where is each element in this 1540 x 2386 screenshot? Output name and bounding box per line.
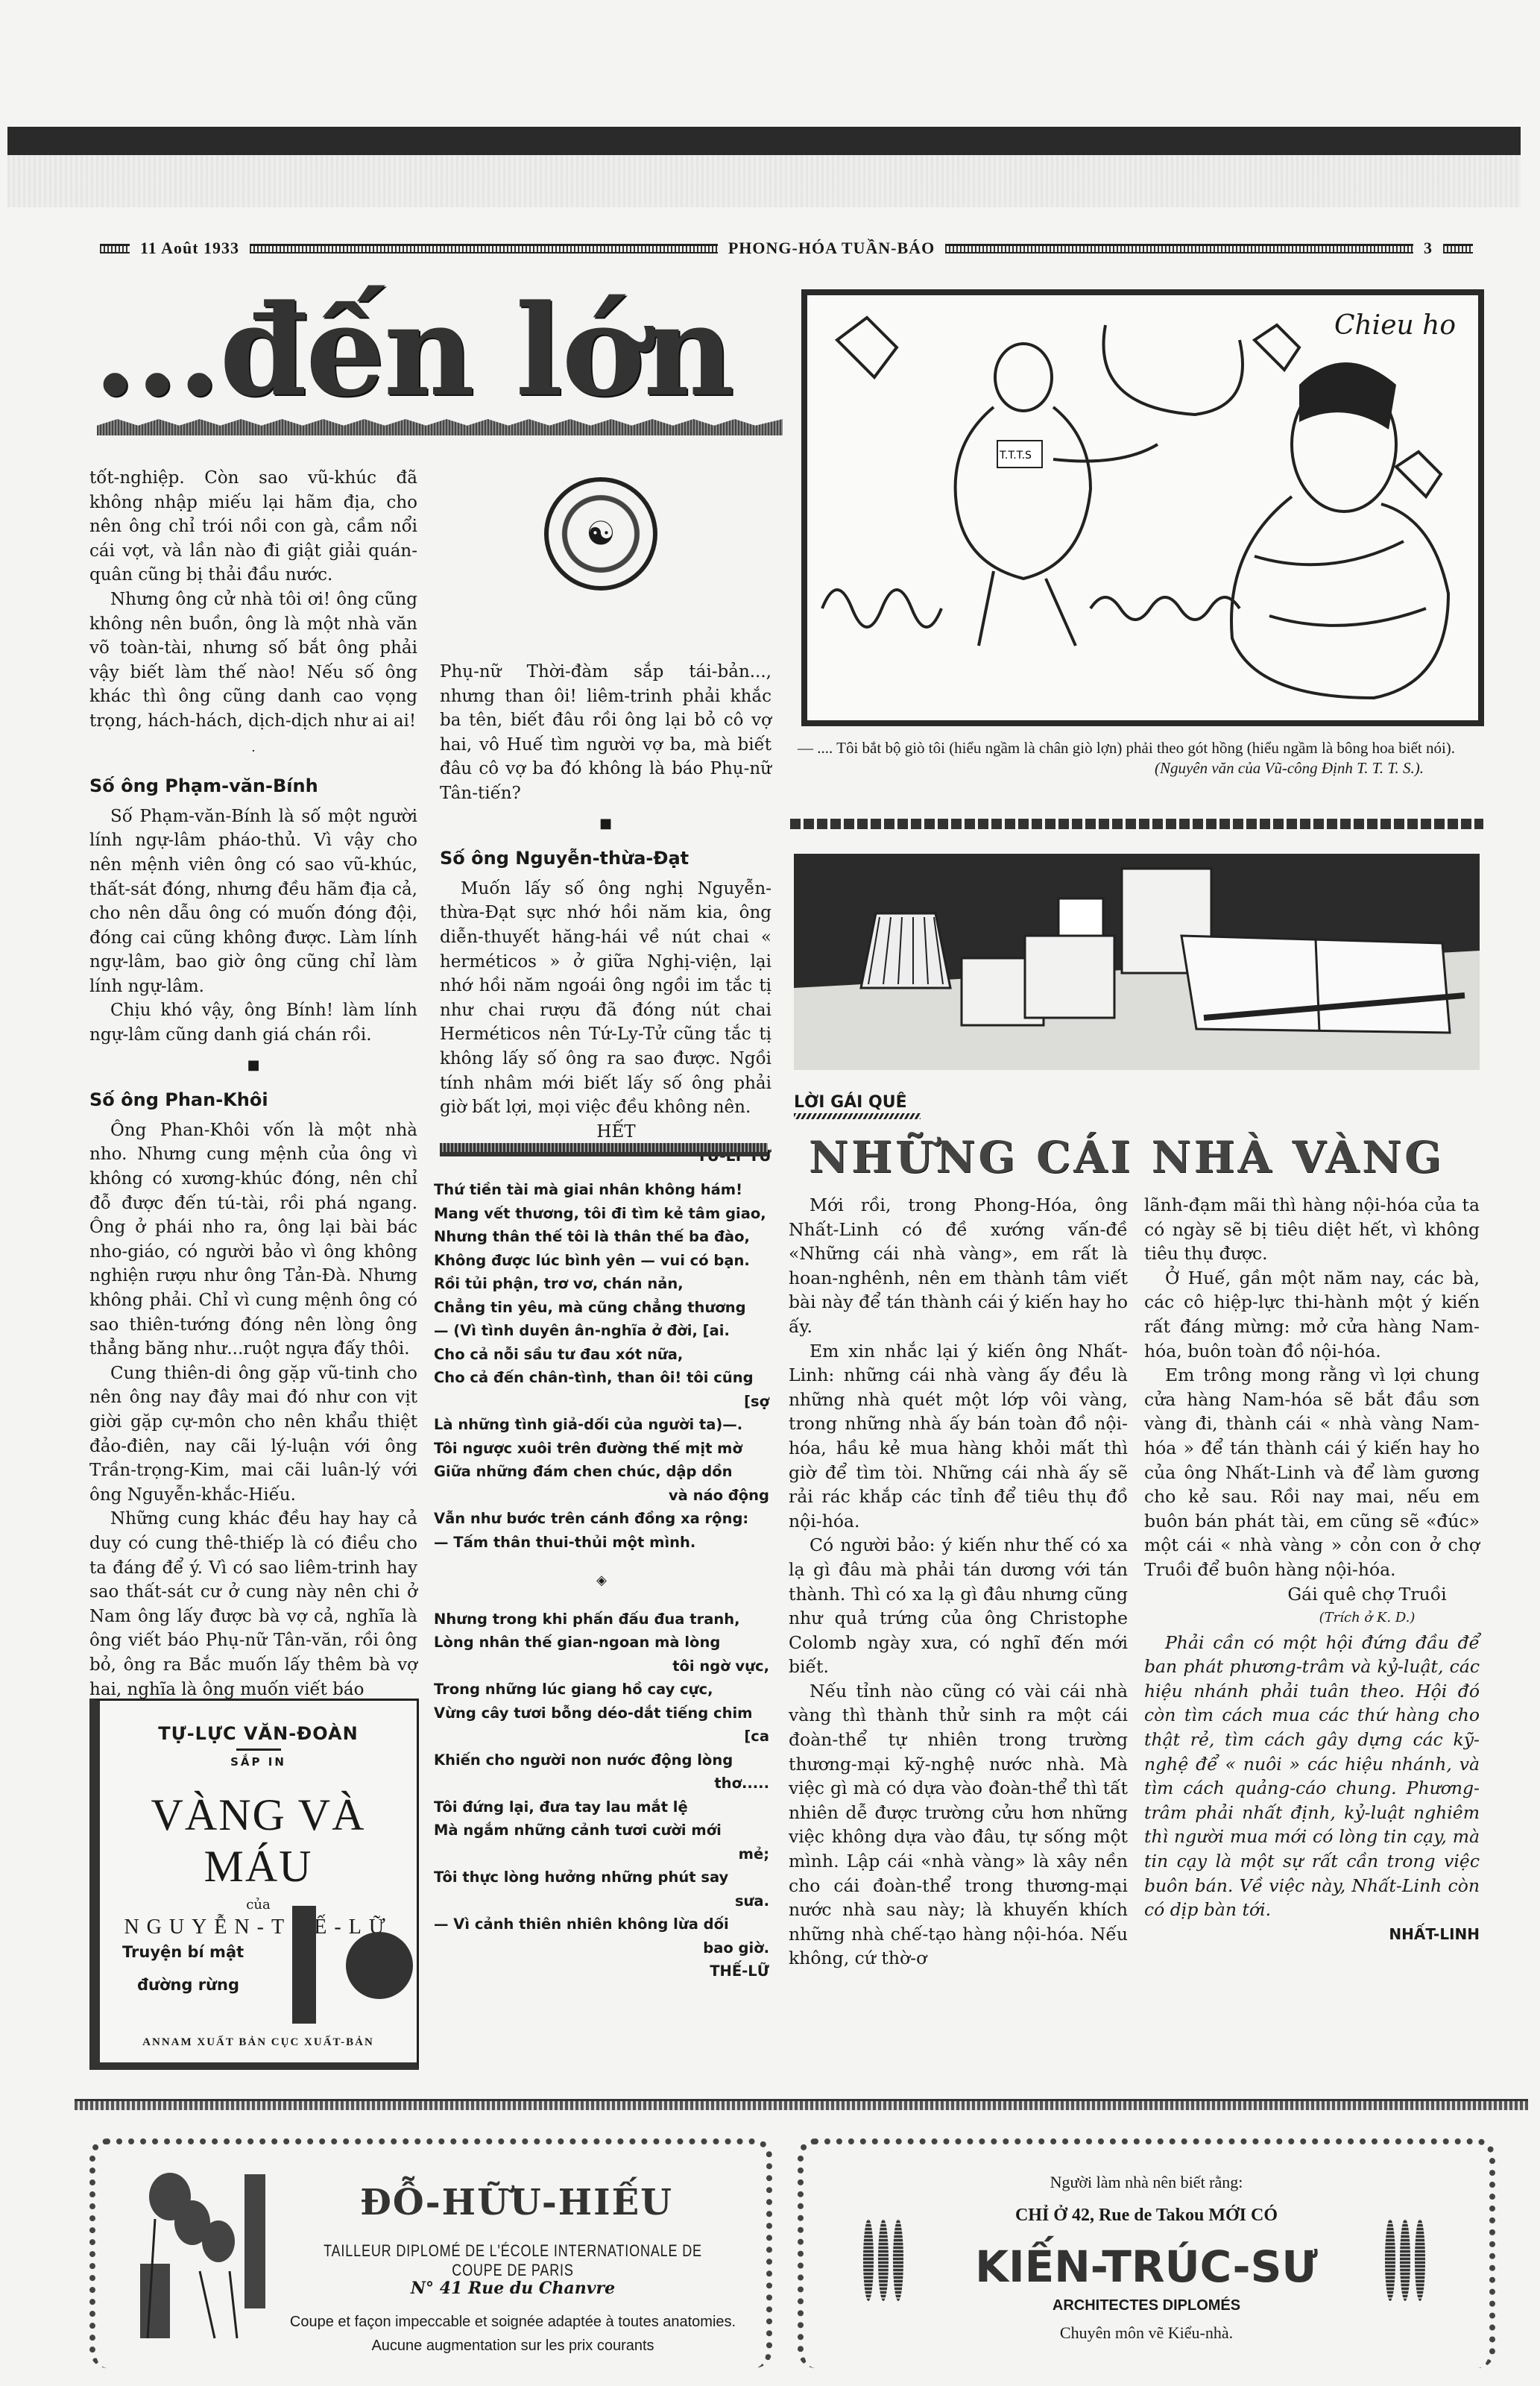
poem-line: — Vì cảnh thiên nhiên không lừa dối [434,1913,769,1936]
poem-line: Khiến cho người non nước động lòng [434,1748,769,1772]
paragraph: Ông Phan-Khôi vốn là một nhà nho. Nhưng … [89,1118,417,1362]
publisher-footer: ANNAM XUẤT BẢN CỤC XUẤT-BẢN [100,2036,417,2049]
tailor-figures-icon [125,2167,274,2346]
poem-divider [440,1143,768,1156]
article-column-2: Phụ-nữ Thời-đàm sắp tái-bản..., nhưng th… [440,660,771,1168]
dotted-divider [790,819,1483,829]
architect-name: KIẾN-TRÚC-SƯ [804,2241,1489,2292]
page-header: 11 Août 1933 PHONG-HÓA TUẦN-BÁO 3 [89,237,1483,259]
poem-line: [sợ [434,1390,769,1414]
poem-line: và náo động [434,1484,769,1508]
poem-line: — Tấm thân thui-thủi một mình. [434,1531,769,1555]
section-heading: Số ông Phạm-văn-Bính [89,774,417,799]
poem-line: Tôi thực lòng hưởng những phút say [434,1866,769,1889]
page-number: 3 [1424,239,1433,258]
paragraph: Mới rồi, trong Phong-Hóa, ông Nhất-Linh … [789,1193,1128,1339]
poem-line: Rồi tủi phận, trơ vơ, chán nản, [434,1272,769,1296]
square-ornament-icon: ■ [89,1054,417,1078]
poem-line: Cho cả nỗi sầu tư đau xót nữa, [434,1343,769,1367]
poem-line: [ca [434,1725,769,1748]
cartoon-illustration: T.T.T.S Chieu ho [801,289,1484,726]
artist-signature: Chieu ho [1334,310,1456,341]
source: (Trích ở K. D.) [1144,1606,1480,1631]
paragraph: Muốn lấy số ông nghị Nguyễn-thừa-Đạt sực… [440,877,771,1120]
poem-line: Chẳng tin yêu, mà cũng chẳng thương [434,1296,769,1320]
paragraph: Cung thiên-di ông gặp vũ-tinh cho nên ôn… [89,1362,417,1508]
poem-line: Tôi ngược xuôi trên đường thế mịt mờ [434,1437,769,1461]
poem-line: sưa. [434,1889,769,1913]
poem-line: Là những tình giả-dối của người ta)—. [434,1413,769,1437]
genre: Truyện bí mật đường rừng [122,1936,244,2001]
tailor-name: ĐỖ-HỮU-HIẾU [315,2182,718,2223]
paragraph: Em trông mong rằng vì lợi chung cửa hàng… [1144,1363,1480,1581]
paragraph: Có người bảo: ý kiến như thế có xa lạ gì… [789,1533,1128,1679]
architect-advertisement: Người làm nhà nên biết rằng: CHỈ Ở 42, R… [798,2138,1495,2368]
tailor-description: Coupe et façon impeccable et soignée ada… [282,2310,744,2358]
poem-line: Vừng cây tươi bỗng déo-dắt tiếng chim [434,1702,769,1725]
book-title: VÀNG VÀ MÁU [100,1789,417,1892]
poem-stanza: Nhưng trong khi phấn đấu đua tranh,Lòng … [434,1608,769,1960]
bar-graphic-icon [292,1906,316,2024]
square-ornament-icon: ■ [440,812,771,837]
cartoon-caption: — .... Tôi bắt bộ giò tôi (hiểu ngầm là … [798,738,1483,778]
book-advertisement: TỰ-LỰC VĂN-ĐOÀN SẮP IN VÀNG VÀ MÁU của N… [89,1699,419,2070]
poem-line: Cho cả đến chân-tình, than ôi! tôi cũng [434,1366,769,1390]
article2-column-2: lãnh-đạm mãi thì hàng nội-hóa của ta có … [1144,1193,1480,1946]
poem-line: tôi ngờ vực, [434,1655,769,1678]
publication-name: PHONG-HÓA TUẦN-BÁO [728,239,935,258]
kicker-underline [794,1113,921,1119]
poem-line: Trong những lúc giang hồ cay cực, [434,1678,769,1702]
paragraph: Phụ-nữ Thời-đàm sắp tái-bản..., nhưng th… [440,660,771,806]
tailor-advertisement: ĐỖ-HỮU-HIẾU TAILLEUR DIPLOMÉ DE L'ÉCOLE … [89,2138,772,2368]
circle-graphic-icon [346,1932,413,1999]
paragraph: Nếu tỉnh nào cũng có vài cái nhà vàng th… [789,1679,1128,1971]
lamp-books-illustration [794,854,1480,1070]
article-title: ...đến lớn [93,287,779,414]
ad-address: CHỈ Ở 42, Rue de Takou MỚI CÓ [804,2206,1489,2226]
poem-line: Mang vết thương, tôi đi tìm kẻ tâm giao, [434,1202,769,1226]
article-column-1: tốt-nghiệp. Còn sao vũ-khúc đã không nhậ… [89,466,417,1702]
lamp-books-icon [794,854,1480,1070]
poem-line: bao giờ. [434,1936,769,1960]
bottom-divider [75,2099,1528,2110]
poem-line: Giữa những đám chen chúc, dập dồn [434,1460,769,1484]
signoff: Gái quê chợ Truồi [1144,1582,1480,1607]
column-kicker: LỜI GÁI QUÊ [794,1093,907,1112]
architect-specialty: Chuyên môn vẽ Kiểu-nhà. [804,2323,1489,2343]
svg-text:T.T.T.S: T.T.T.S [999,450,1032,462]
poem-line: Vẫn như bước trên cánh đồng xa rộng: [434,1507,769,1531]
ornament-icon: · [89,740,417,764]
poem-line: mẻ; [434,1842,769,1866]
zodiac-emblem-icon: ☯ [544,477,657,591]
poem-line: Lòng nhân thế gian-ngoan mà lòng [434,1631,769,1655]
paragraph: tốt-nghiệp. Còn sao vũ-khúc đã không nhậ… [89,466,417,588]
poem-stanza: Thứ tiền tài mà giai nhân không hám!Mang… [434,1178,769,1554]
article-headline: NHỮNG CÁI NHÀ VÀNG [809,1132,1480,1183]
paragraph: Ở Huế, gần một năm nay, các bà, các cô h… [1144,1266,1480,1363]
poem-line: Nhưng trong khi phấn đấu đua tranh, [434,1608,769,1631]
diamond-ornament-icon: ◈ [434,1569,769,1593]
end-mark: HẾT [440,1120,771,1145]
poem: Thứ tiền tài mà giai nhân không hám!Mang… [434,1178,769,1983]
paragraph: Những cung khác đều hay hay cả duy có cu… [89,1507,417,1702]
paragraph: lãnh-đạm mãi thì hàng nội-hóa của ta có … [1144,1193,1480,1266]
tailor-address: N° 41 Rue du Chanvre [282,2279,744,2298]
publisher: TỰ-LỰC VĂN-ĐOÀN [100,1723,417,1744]
poem-line: Tôi đứng lại, đưa tay lau mắt lệ [434,1795,769,1819]
poem-author: THẾ-LỮ [434,1960,769,1983]
by-label: của [100,1897,417,1913]
tailor-credential: TAILLEUR DIPLOMÉ DE L'ÉCOLE INTERNATIONA… [324,2241,702,2280]
poem-line: — (Vì tình duyên ân-nghĩa ở đời, [ai. [434,1319,769,1343]
scan-top-border [7,127,1521,155]
architect-credential: ARCHITECTES DIPLOMÉS [804,2297,1489,2314]
ad-intro: Người làm nhà nên biết rằng: [804,2173,1489,2192]
paragraph: Số Phạm-văn-Bính là số một người lính ng… [89,805,417,999]
editor-signature: NHẤT-LINH [1144,1922,1480,1947]
section-heading: Số ông Nguyễn-thừa-Đạt [440,846,771,871]
paragraph: Em xin nhắc lại ý kiến ông Nhất-Linh: nh… [789,1339,1128,1534]
article2-column-1: Mới rồi, trong Phong-Hóa, ông Nhất-Linh … [789,1193,1128,1971]
poem-line: Thứ tiền tài mà giai nhân không hám! [434,1178,769,1202]
cartoon-drawing-icon: T.T.T.S [807,295,1466,708]
issue-date: 11 Août 1933 [140,239,239,258]
poem-line: Nhưng thân thế tôi là thân thế ba đào, [434,1225,769,1249]
editor-note: Phải cần có một hội đứng đầu để ban phát… [1144,1631,1480,1922]
paragraph: Chịu khó vậy, ông Bính! làm lính ngự-lâm… [89,998,417,1047]
poem-line: Mà ngắm những cảnh tươi cười mới [434,1819,769,1842]
poem-line: thơ..... [434,1772,769,1795]
poem-line: Không được lúc bình yên — vui có bạn. [434,1249,769,1273]
section-heading: Số ông Phan-Khôi [89,1088,417,1112]
status: SẮP IN [100,1755,417,1769]
caption-source: (Nguyên văn của Vũ-công Định T. T. T. S.… [798,758,1424,778]
scan-margin [7,155,1521,207]
paragraph: Nhưng ông cử nhà tôi ơi! ông cũng không … [89,588,417,734]
